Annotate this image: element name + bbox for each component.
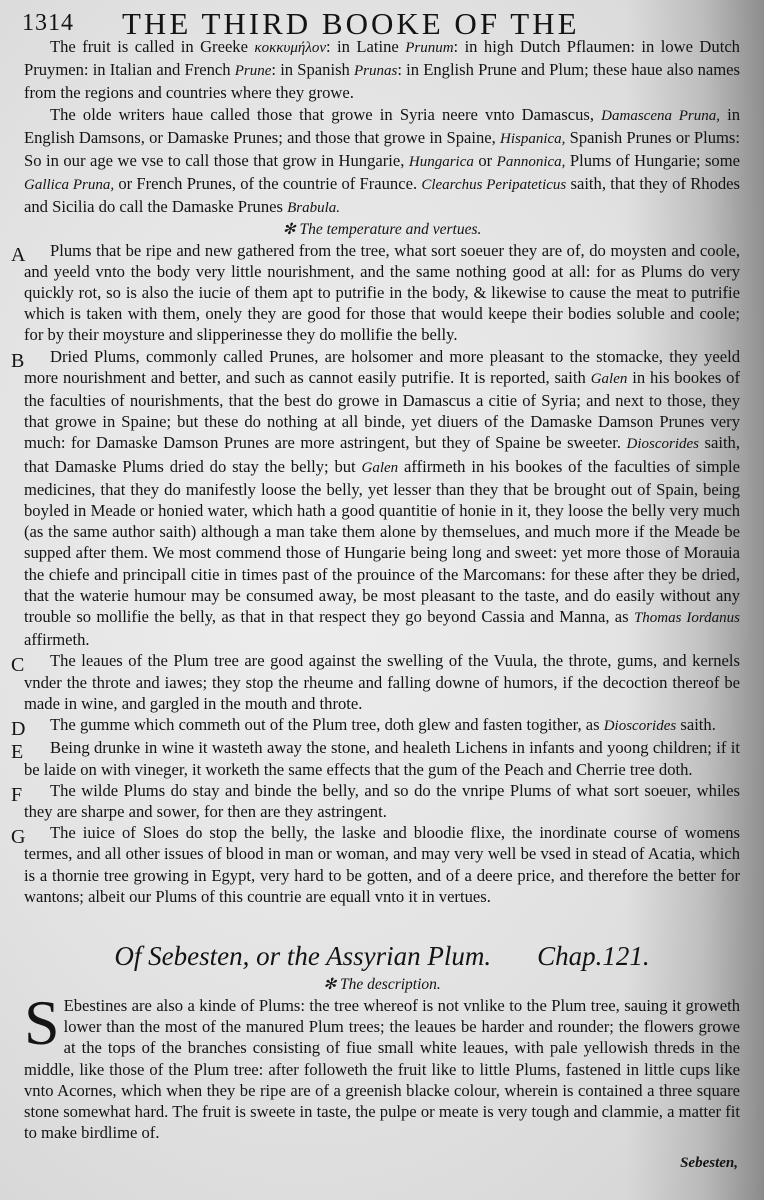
italic-term: Dioscorides: [627, 436, 700, 452]
italic-term: Damascena Pruna,: [601, 108, 720, 124]
italic-term: Hispanica,: [500, 131, 565, 147]
chapter-heading: Of Sebesten, or the Assyrian Plum. Chap.…: [24, 941, 740, 971]
text-run: The olde writers haue called those that …: [50, 105, 601, 124]
text-run: The wilde Plums do stay and binde the be…: [24, 781, 740, 821]
intro-paragraph-names: The fruit is called in Greeke κοκκυμήλον…: [24, 36, 740, 104]
temperature-items: APlums that be ripe and new gathered fro…: [24, 240, 740, 907]
margin-letter: G: [11, 827, 25, 848]
page-number: 1314: [22, 10, 74, 37]
marginal-item-c: CThe leaues of the Plum tree are good ag…: [24, 650, 740, 714]
text-run: Plums of Hungarie; some: [565, 151, 740, 170]
body-text: The fruit is called in Greeke κοκκυμήλον…: [24, 36, 740, 1175]
text-run: : in Latine: [326, 37, 405, 56]
text-run: The leaues of the Plum tree are good aga…: [24, 651, 740, 712]
text-run: or: [474, 151, 497, 170]
chapter-number: Chap.121.: [537, 941, 650, 971]
text-run: The gumme which commeth out of the Plum …: [50, 715, 604, 734]
marginal-item-b: BDried Plums, commonly called Prunes, ar…: [24, 346, 740, 651]
section-heading-temperature: ✻ The temperature and vertues.: [24, 220, 740, 240]
margin-letter: A: [11, 245, 25, 266]
description-text: Ebestines are also a kinde of Plums: the…: [24, 996, 740, 1142]
text-run: The fruit is called in Greeke: [50, 37, 254, 56]
marginal-item-e: EBeing drunke in wine it wasteth away th…: [24, 737, 740, 779]
description-paragraph: S Ebestines are also a kinde of Plums: t…: [24, 995, 740, 1143]
catchword: Sebesten,: [24, 1153, 740, 1174]
margin-letter: C: [11, 655, 24, 676]
text-run: affirmeth.: [24, 630, 90, 649]
text-run: The iuice of Sloes do stop the belly, th…: [24, 823, 740, 906]
italic-term: Pannonica,: [497, 154, 566, 170]
text-run: affirmeth in his bookes of the faculties…: [24, 457, 740, 626]
italic-term: Dioscorides: [604, 718, 677, 734]
text-run: : in Spanish: [271, 60, 354, 79]
italic-term: κοκκυμήλον: [254, 40, 326, 56]
italic-term: Prunum: [405, 40, 453, 56]
text-run: Plums that be ripe and new gathered from…: [24, 241, 740, 345]
book-page: 1314 THE THIRD BOOKE OF THE The fruit is…: [0, 0, 764, 1200]
italic-term: Prunas: [354, 63, 397, 79]
marginal-item-d: DThe gumme which commeth out of the Plum…: [24, 714, 740, 737]
margin-letter: E: [11, 742, 23, 763]
margin-letter: B: [11, 351, 24, 372]
text-run: saith.: [676, 715, 716, 734]
italic-term: Galen: [362, 460, 399, 476]
intro-paragraph-old-writers: The olde writers haue called those that …: [24, 104, 740, 220]
italic-term: Galen: [591, 371, 628, 387]
margin-letter: F: [11, 785, 22, 806]
chapter-title: Of Sebesten, or the Assyrian Plum.: [114, 941, 491, 971]
text-run: Being drunke in wine it wasteth away the…: [24, 738, 740, 778]
italic-term: Clearchus Peripateticus: [421, 177, 566, 193]
italic-term: Prune: [235, 63, 272, 79]
text-run: or French Prunes, of the countrie of Fra…: [114, 174, 421, 193]
italic-term: Thomas Iordanus: [634, 610, 740, 626]
italic-term: Hungarica: [409, 154, 474, 170]
marginal-item-f: FThe wilde Plums do stay and binde the b…: [24, 780, 740, 822]
italic-term: Brabula.: [287, 200, 340, 216]
section-heading-description: ✻ The description.: [24, 975, 740, 995]
marginal-item-a: APlums that be ripe and new gathered fro…: [24, 240, 740, 346]
italic-term: Gallica Pruna,: [24, 177, 114, 193]
marginal-item-g: GThe iuice of Sloes do stop the belly, t…: [24, 822, 740, 907]
drop-cap: S: [24, 997, 60, 1051]
